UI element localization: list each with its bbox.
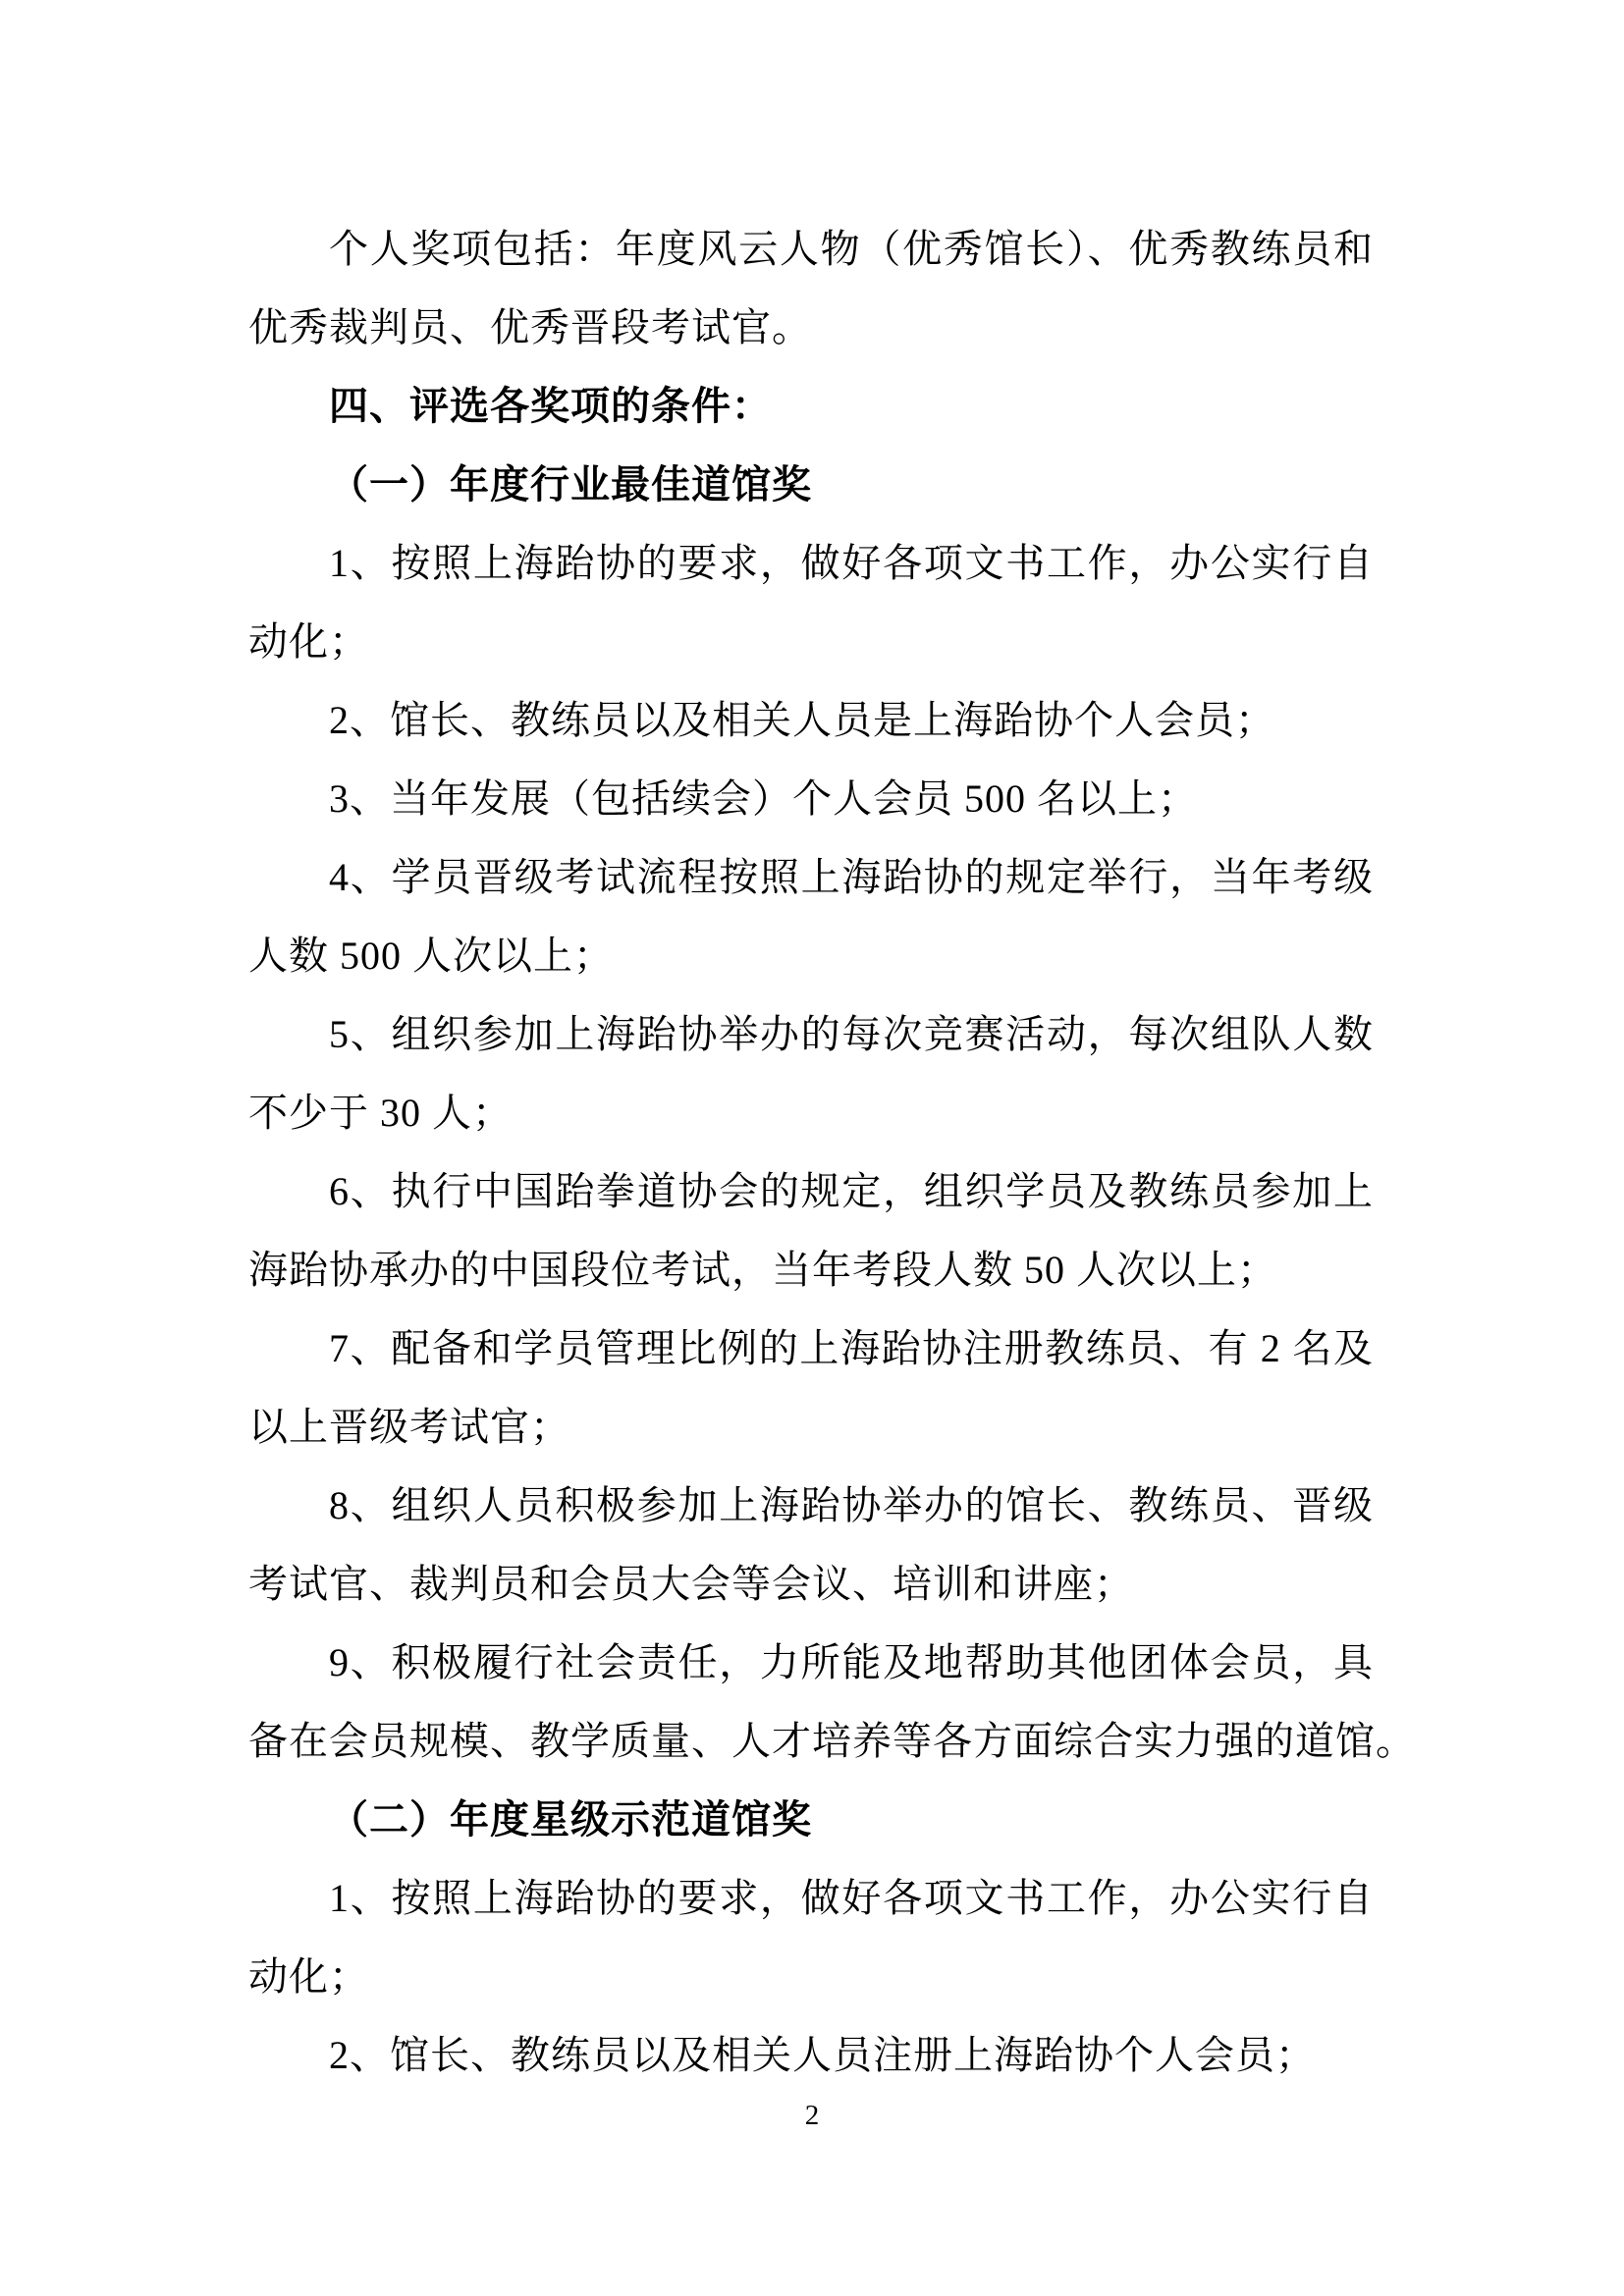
text-line: 优秀裁判员、优秀晋段考试官。 (248, 289, 1374, 367)
text-line: 2、馆长、教练员以及相关人员是上海跆协个人会员； (248, 681, 1374, 760)
heading-line: 四、评选各奖项的条件： (248, 367, 1374, 446)
text-line: 不少于 30 人； (248, 1074, 1374, 1152)
text-line: 8、组织人员积极参加上海跆协举办的馆长、教练员、晋级 (248, 1467, 1374, 1545)
text-line: 备在会员规模、教学质量、人才培养等各方面综合实力强的道馆。 (248, 1702, 1374, 1781)
text-line: 个人奖项包括：年度风云人物（优秀馆长）、优秀教练员和 (248, 210, 1374, 289)
text-line: 3、当年发展（包括续会）个人会员 500 名以上； (248, 760, 1374, 838)
document-body: 个人奖项包括：年度风云人物（优秀馆长）、优秀教练员和优秀裁判员、优秀晋段考试官。… (248, 210, 1374, 2095)
text-line: 考试官、裁判员和会员大会等会议、培训和讲座； (248, 1545, 1374, 1624)
heading-line: （一）年度行业最佳道馆奖 (248, 446, 1374, 524)
text-line: 1、按照上海跆协的要求，做好各项文书工作，办公实行自 (248, 524, 1374, 603)
text-line: 6、执行中国跆拳道协会的规定，组织学员及教练员参加上 (248, 1152, 1374, 1231)
page-number: 2 (0, 2095, 1624, 2136)
text-line: 5、组织参加上海跆协举办的每次竞赛活动，每次组队人数 (248, 995, 1374, 1074)
text-line: 9、积极履行社会责任，力所能及地帮助其他团体会员，具 (248, 1624, 1374, 1702)
text-line: 动化； (248, 1938, 1374, 2016)
text-line: 人数 500 人次以上； (248, 917, 1374, 995)
heading-line: （二）年度星级示范道馆奖 (248, 1781, 1374, 1859)
text-line: 7、配备和学员管理比例的上海跆协注册教练员、有 2 名及 (248, 1309, 1374, 1388)
text-line: 海跆协承办的中国段位考试，当年考段人数 50 人次以上； (248, 1231, 1374, 1309)
text-line: 以上晋级考试官； (248, 1388, 1374, 1467)
document-page: 个人奖项包括：年度风云人物（优秀馆长）、优秀教练员和优秀裁判员、优秀晋段考试官。… (0, 0, 1624, 2296)
text-line: 2、馆长、教练员以及相关人员注册上海跆协个人会员； (248, 2016, 1374, 2095)
text-line: 动化； (248, 603, 1374, 681)
text-line: 4、学员晋级考试流程按照上海跆协的规定举行，当年考级 (248, 838, 1374, 917)
text-line: 1、按照上海跆协的要求，做好各项文书工作，办公实行自 (248, 1859, 1374, 1938)
